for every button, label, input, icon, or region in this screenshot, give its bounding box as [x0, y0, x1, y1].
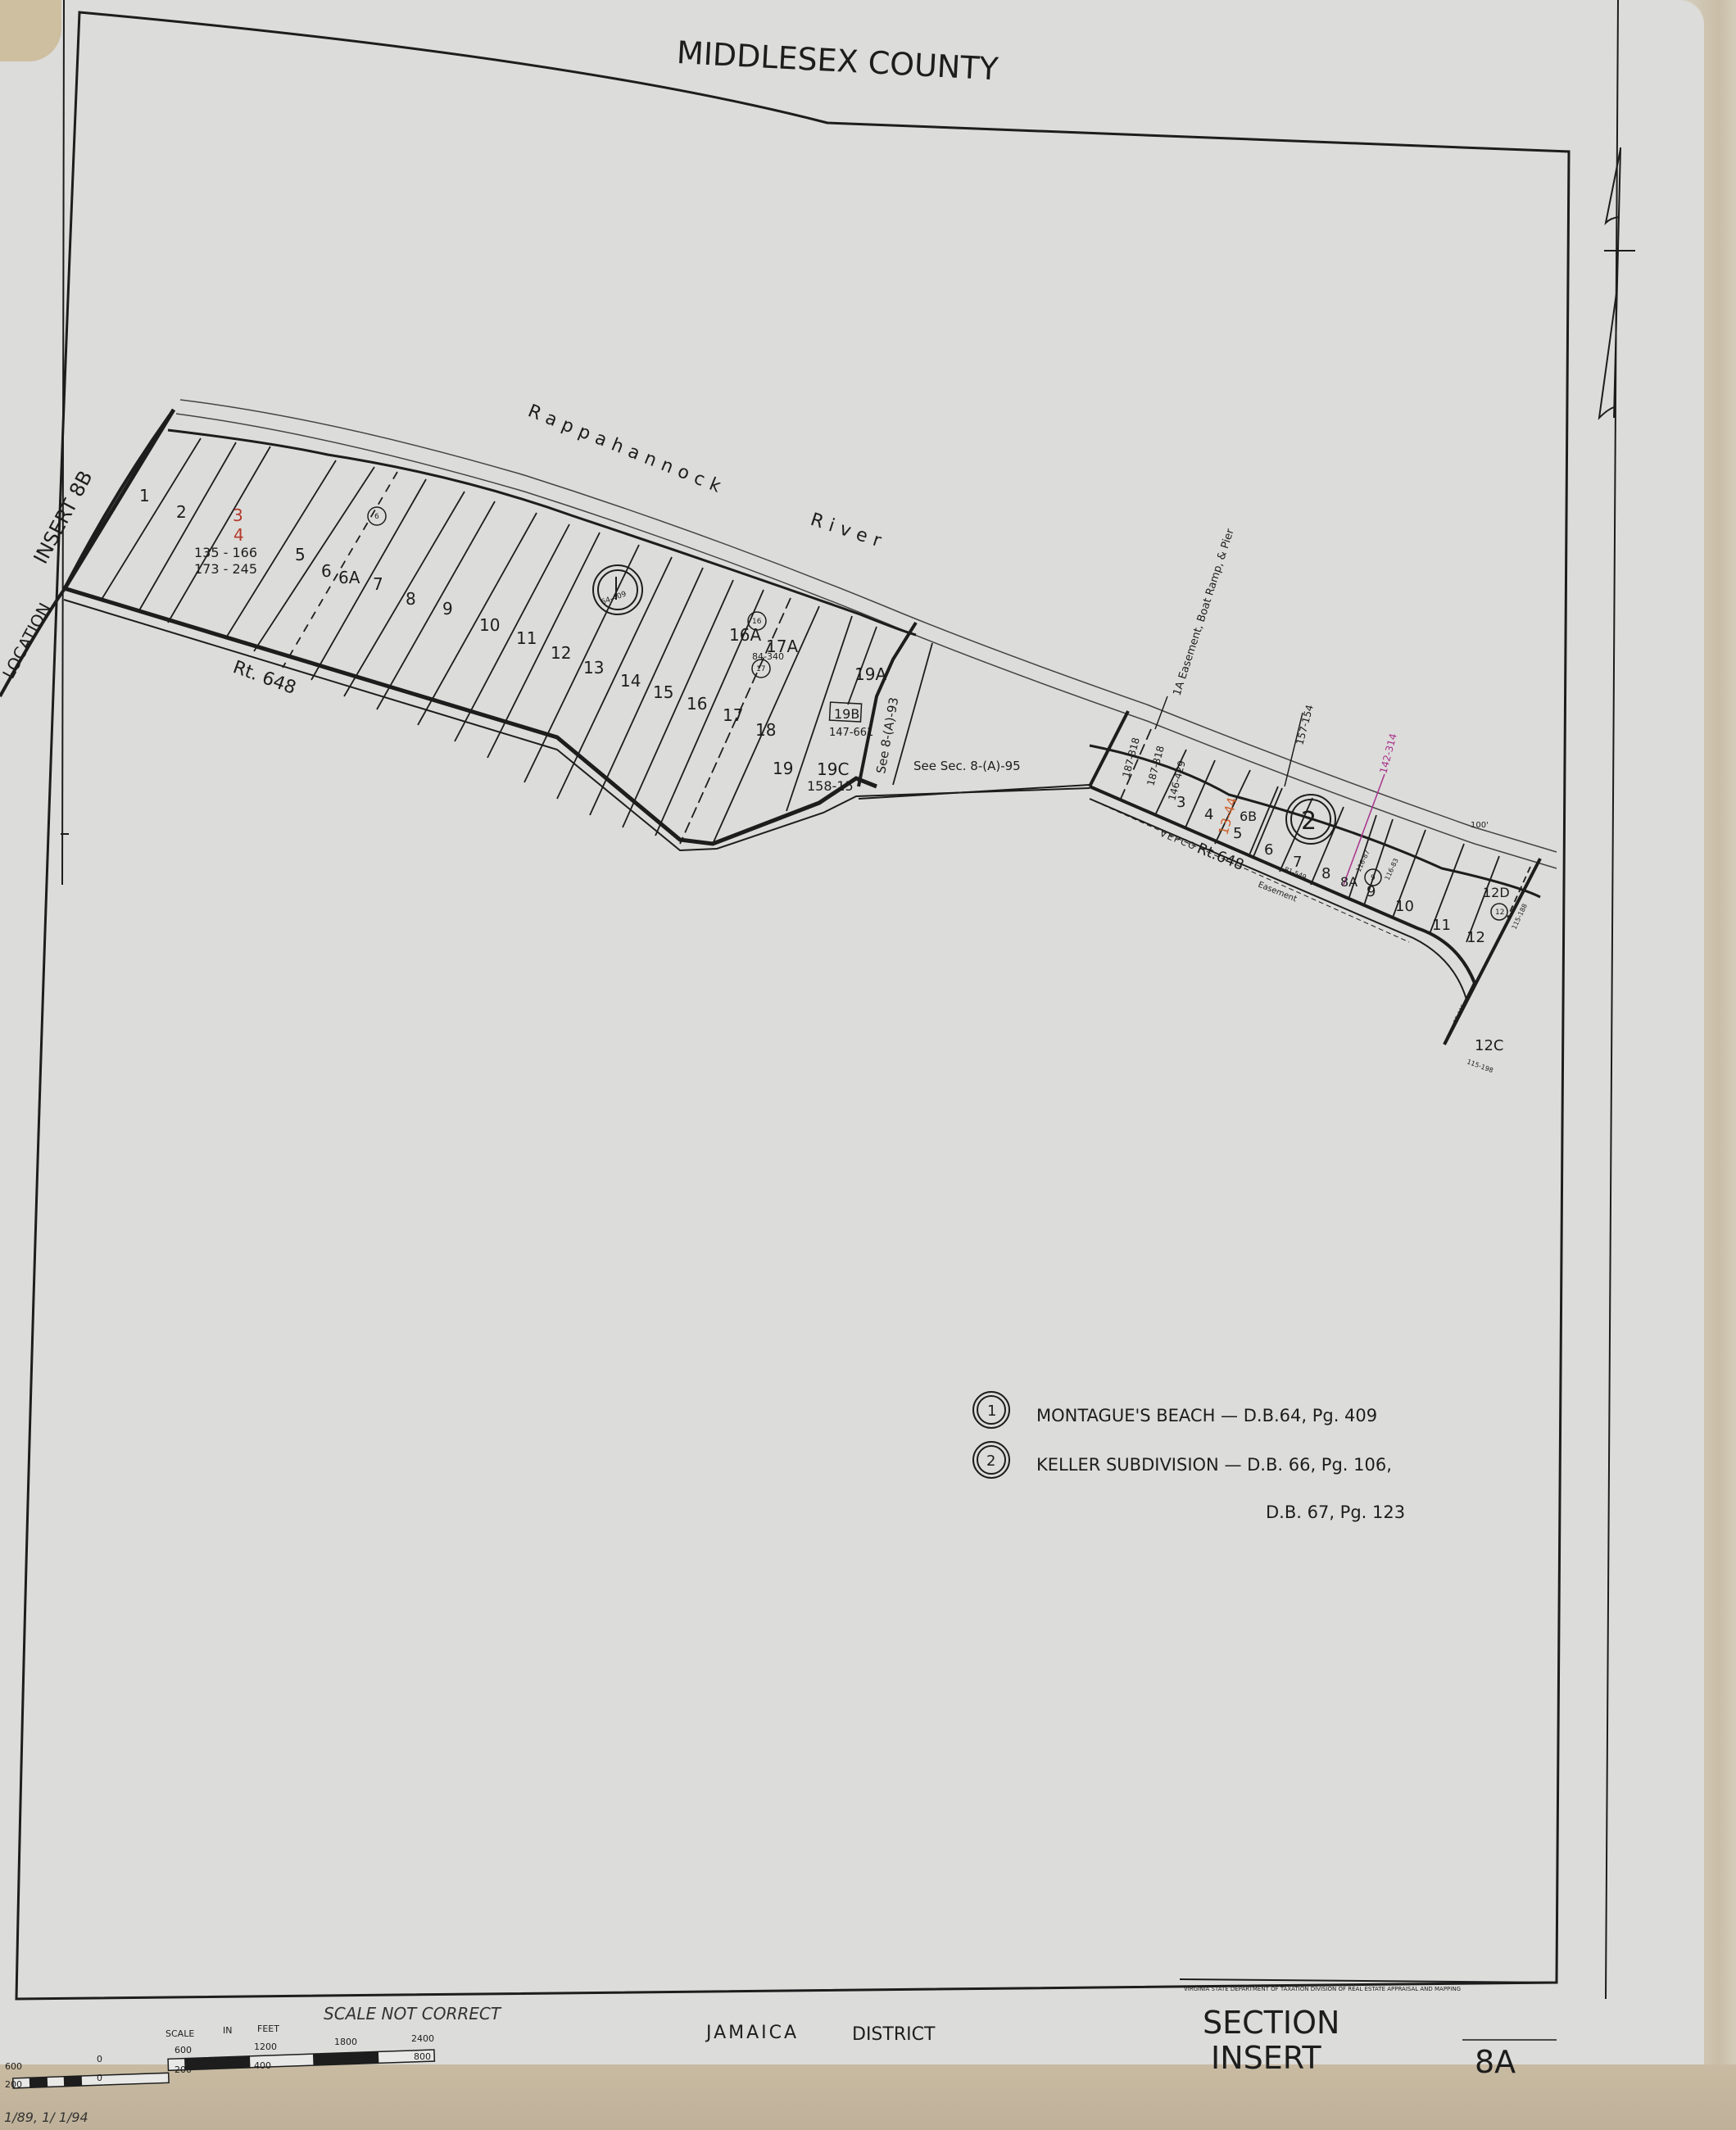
parcel-9: 9 [442, 599, 453, 619]
scale-unit-feet: FEET [257, 2023, 279, 2034]
width-mark-100ft: 100' [1471, 821, 1489, 830]
parcel-6a: 6A [338, 568, 360, 587]
deed-ref-135-166: 135 - 166 [194, 545, 257, 560]
parcel-10: 10 [479, 615, 500, 635]
circle-label-9: 9 [1371, 874, 1376, 882]
parcel-3: 3 [233, 505, 243, 525]
legend-item-keller-subdivision: KELLER SUBDIVISION — D.B. 66, Pg. 106, [1036, 1455, 1392, 1475]
parcel-7: 7 [373, 574, 383, 594]
deed-ref-173-245: 173 - 245 [194, 561, 257, 577]
parcel-17: 17 [723, 705, 743, 725]
east-parcel-12c: 12C [1475, 1037, 1503, 1054]
parcel-19: 19 [773, 759, 793, 778]
deed-ref-157-154: 157-154 [1294, 704, 1316, 746]
parcel-6: 6 [321, 561, 332, 581]
road-label-rt648-west: Rt. 648 [230, 657, 299, 699]
circle-label-17: 17 [756, 665, 765, 673]
easement-boat-ramp-note: 1A Easement, Boat Ramp, & Pier [1172, 527, 1237, 697]
district-name: JAMAICA [705, 2023, 799, 2043]
parcel-11: 11 [516, 628, 537, 648]
east-parcel-5: 5 [1233, 825, 1242, 842]
parcel-4: 4 [233, 525, 244, 545]
parcel-14: 14 [620, 671, 641, 691]
scale-top-0: 0 [97, 2054, 102, 2064]
county-title: MIDDLESEX COUNTY [676, 34, 1000, 88]
parcel-19a: 19A [854, 664, 886, 684]
river-label-river: River [808, 510, 890, 554]
deed-ref-142-314: 142-314 [1377, 732, 1399, 775]
insert-label: INSERT [1211, 2040, 1321, 2076]
scale-bottom-0: 0 [97, 2073, 102, 2083]
deed-ref-87-446: 87-446 [1453, 1003, 1467, 1024]
parcel-13: 13 [583, 658, 604, 678]
east-parcel-4: 4 [1204, 806, 1213, 823]
parcel-16: 16 [687, 694, 707, 714]
parcel-16a: 16A [729, 625, 761, 645]
section-label: SECTION [1203, 2005, 1339, 2041]
scale-bottom-600: 600 [334, 2056, 351, 2067]
subdivision-marker-1-deed: 64-409 [601, 590, 628, 606]
title-block-rule [1180, 1979, 1557, 1983]
subdivision-marker-2-number: 2 [1301, 807, 1317, 836]
legend-item-montagues-beach: MONTAGUE'S BEACH — D.B.64, Pg. 409 [1036, 1406, 1377, 1425]
parcel-19c: 19C [817, 759, 849, 779]
tax-map: MIDDLESEX COUNTY INSERT 8B LOCATION Rapp… [0, 0, 1736, 2130]
east-parcel-9: 9 [1367, 883, 1376, 900]
scale-bottom-200: 200 [175, 2064, 192, 2075]
deed-ref-116-83: 116-83 [1384, 857, 1400, 881]
east-parcel-6: 6 [1264, 841, 1273, 859]
legend-marker-1-number: 1 [987, 1403, 996, 1420]
parcel-15: 15 [653, 682, 673, 702]
parcel-1: 1 [139, 486, 150, 505]
east-parcel-11: 11 [1432, 917, 1451, 934]
east-parcel-6b: 6B [1240, 809, 1257, 824]
scale-top-1800: 1800 [334, 2037, 357, 2047]
scale-bottom-200-left: 200 [5, 2079, 22, 2090]
east-parcel-8: 8 [1321, 865, 1330, 882]
east-parcel-12d: 12D [1483, 885, 1510, 900]
parcel-8: 8 [406, 589, 416, 609]
parcel-5: 5 [295, 545, 306, 564]
legend-continuation: D.B. 67, Pg. 123 [1266, 1502, 1405, 1522]
circle-label-16: 16 [752, 618, 762, 626]
scale-bar [12, 2050, 435, 2088]
scale-top-600: 600 [175, 2045, 192, 2055]
east-parcel-12: 12 [1466, 929, 1485, 946]
agency-credit: VIRGINIA STATE DEPARTMENT OF TAXATION DI… [1184, 1986, 1461, 1992]
scale-top-600-left: 600 [5, 2061, 22, 2072]
deed-ref-115-198: 115-198 [1466, 1058, 1494, 1074]
parcel-2: 2 [176, 502, 187, 522]
handwritten-corner-note: 1/89, 1/ 1/94 [4, 2110, 88, 2125]
scale-title: SCALE [165, 2028, 194, 2039]
location-label: LOCATION [0, 600, 55, 682]
parcel-19b: 19B [834, 706, 859, 722]
magenta-annotation-line [1344, 774, 1385, 885]
scale-bottom-800: 800 [414, 2051, 431, 2062]
scale-top-1200: 1200 [254, 2042, 277, 2052]
see-reference-95: See Sec. 8-(A)-95 [913, 759, 1021, 773]
road-label-easement: Easement [1257, 881, 1299, 904]
scale-bottom-400: 400 [254, 2060, 271, 2071]
road-label-rt648-east: Rt.648 [1194, 840, 1246, 874]
east-parcel-8a: 8A [1340, 874, 1358, 890]
insert-reference-lines [0, 0, 174, 885]
west-subdivision-boundary [64, 410, 1090, 850]
circle-label-6: 6 [374, 513, 379, 521]
scale-unit-in: IN [223, 2025, 232, 2036]
parcel-12: 12 [551, 643, 571, 663]
scale-top-2400: 2400 [411, 2033, 434, 2044]
see-reference-93: See 8-(A)-93 [873, 696, 901, 775]
legend-marker-2-number: 2 [986, 1452, 995, 1470]
east-parcel-10: 10 [1395, 898, 1414, 915]
deed-ref-115-188: 115-188 [1511, 903, 1529, 931]
handwritten-scale-note: SCALE NOT CORRECT [324, 2004, 502, 2023]
deed-ref-158-15: 158-15 [807, 778, 854, 794]
district-label: DISTRICT [852, 2024, 936, 2045]
section-number: 8A [1475, 2044, 1516, 2080]
parcel-18: 18 [755, 720, 776, 740]
circle-label-12: 12 [1495, 909, 1504, 917]
deed-ref-147-661: 147-661 [829, 727, 873, 739]
deed-ref-116-87: 116-87 [1355, 849, 1371, 872]
map-border [16, 12, 1569, 1999]
